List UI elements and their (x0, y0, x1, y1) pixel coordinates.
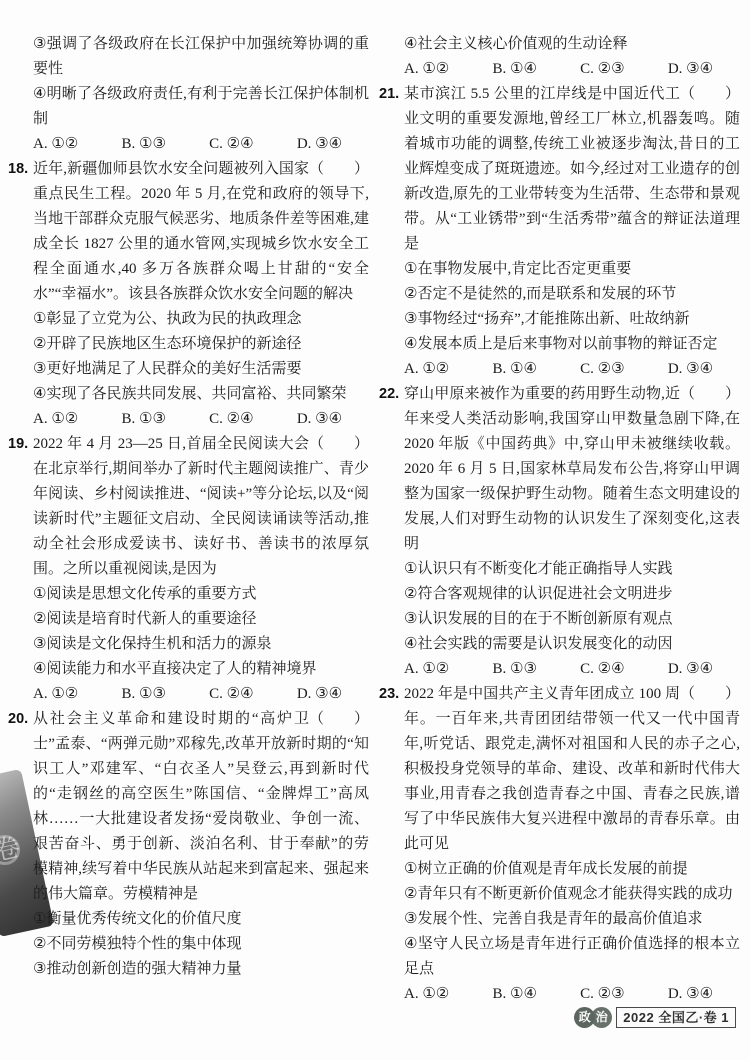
question-20: 20. （ ） 从社会主义革命和建设时期的“高炉卫士”孟泰、“两弹元勋”邓稼先,… (33, 707, 369, 982)
question-number: 19. (8, 432, 32, 457)
choice-b: B. ①④ (493, 982, 537, 1007)
question-stem: （ ） 近年,新疆伽师县饮水安全问题被列入国家重点民生工程。2020 年 5 月… (33, 157, 369, 307)
question-21: 21. （ ） 某市滨江 5.5 公里的江岸线是中国近代工业文明的重要发源地,曾… (404, 82, 740, 382)
option-4: ④坚守人民立场是青年进行正确价值选择的根本立足点 (404, 932, 740, 982)
option-3: ③阅读是文化保持生机和活力的源泉 (33, 632, 369, 657)
choice-a: A. ①② (33, 132, 78, 157)
choice-a: A. ①② (33, 407, 78, 432)
question-number: 23. (379, 682, 403, 707)
option-2: ②否定不是徒然的,而是联系和发展的环节 (404, 282, 740, 307)
option-4: ④实现了各民族共同发展、共同富裕、共同繁荣 (33, 382, 369, 407)
choice-d: D. ③④ (668, 57, 713, 82)
question-stem: （ ） 2022 年是中国共产主义青年团成立 100 周年。一百年来,共青团团结… (404, 682, 740, 857)
answer-paren: （ ） (309, 707, 369, 732)
subject-badge-char-1: 政 (574, 1007, 595, 1028)
choice-c: C. ②③ (580, 57, 624, 82)
choice-b: B. ①③ (493, 657, 537, 682)
option-3: ③认识发展的目的在于不断创新原有观点 (404, 607, 740, 632)
stem-text: 穿山甲原来被作为重要的药用野生动物,近年来受人类活动影响,我国穿山甲数量急剧下降… (404, 386, 740, 552)
answer-choices: A. ①② B. ①③ C. ②④ D. ③④ (33, 407, 342, 432)
option-2: ②不同劳模独特个性的集中体现 (33, 932, 369, 957)
choice-c: C. ②④ (209, 132, 253, 157)
question-stem: （ ） 穿山甲原来被作为重要的药用野生动物,近年来受人类活动影响,我国穿山甲数量… (404, 382, 740, 557)
option-1: ①在事物发展中,肯定比否定更重要 (404, 257, 740, 282)
page-footer: 政 治 2022 全国乙·卷 1 (574, 1004, 736, 1030)
question-stem: （ ） 从社会主义革命和建设时期的“高炉卫士”孟泰、“两弹元勋”邓稼先,改革开放… (33, 707, 369, 907)
answer-paren: （ ） (680, 82, 740, 107)
exam-page: 卷 ③强调了各级政府在长江保护中加强统筹协调的重要性 ④明晰了各级政府责任,有利… (0, 0, 750, 1060)
option-1: ①树立正确的价值观是青年成长发展的前提 (404, 857, 740, 882)
question-number: 21. (379, 82, 403, 107)
answer-paren: （ ） (309, 432, 369, 457)
edition-label: 2022 全国乙·卷 1 (616, 1007, 736, 1028)
question-22: 22. （ ） 穿山甲原来被作为重要的药用野生动物,近年来受人类活动影响,我国穿… (404, 382, 740, 682)
stem-text: 2022 年是中国共产主义青年团成立 100 周年。一百年来,共青团团结带领一代… (404, 686, 740, 852)
stem-text: 某市滨江 5.5 公里的江岸线是中国近代工业文明的重要发源地,曾经工厂林立,机器… (404, 86, 740, 252)
choice-b: B. ①④ (493, 357, 537, 382)
answer-choices: A. ①② B. ①④ C. ②③ D. ③④ (404, 57, 713, 82)
option-4: ④社会实践的需要是认识发展变化的动因 (404, 632, 740, 657)
choice-b: B. ①③ (122, 132, 166, 157)
choice-c: C. ②④ (209, 407, 253, 432)
answer-paren: （ ） (680, 682, 740, 707)
stem-text: 近年,新疆伽师县饮水安全问题被列入国家重点民生工程。2020 年 5 月,在党和… (33, 161, 369, 302)
option-3: ③发展个性、完善自我是青年的最高价值追求 (404, 907, 740, 932)
question-20-continuation: ④社会主义核心价值观的生动诠释 A. ①② B. ①④ C. ②③ D. ③④ (404, 32, 740, 82)
answer-paren: （ ） (309, 157, 369, 182)
question-17-continuation: ③强调了各级政府在长江保护中加强统筹协调的重要性 ④明晰了各级政府责任,有利于完… (33, 32, 369, 157)
answer-paren: （ ） (680, 382, 740, 407)
choice-c: C. ②④ (209, 682, 253, 707)
question-stem: （ ） 某市滨江 5.5 公里的江岸线是中国近代工业文明的重要发源地,曾经工厂林… (404, 82, 740, 257)
option-3: ③更好地满足了人民群众的美好生活需要 (33, 357, 369, 382)
answer-choices: A. ①② B. ①③ C. ②④ D. ③④ (33, 132, 342, 157)
answer-choices: A. ①② B. ①④ C. ②③ D. ③④ (404, 357, 713, 382)
question-number: 20. (8, 707, 32, 732)
choice-a: A. ①② (33, 682, 78, 707)
choice-a: A. ①② (404, 657, 449, 682)
question-number: 18. (8, 157, 32, 182)
option-3: ③强调了各级政府在长江保护中加强统筹协调的重要性 (33, 32, 369, 82)
stem-text: 2022 年 4 月 23—25 日,首届全民阅读大会在北京举行,期间举办了新时… (33, 436, 369, 577)
choice-d: D. ③④ (297, 132, 342, 157)
option-2: ②阅读是培育时代新人的重要途径 (33, 607, 369, 632)
choice-a: A. ①② (404, 57, 449, 82)
choice-b: B. ①③ (122, 407, 166, 432)
left-column: ③强调了各级政府在长江保护中加强统筹协调的重要性 ④明晰了各级政府责任,有利于完… (8, 32, 369, 1007)
answer-choices: A. ①② B. ①③ C. ②④ D. ③④ (404, 657, 713, 682)
stem-text: 从社会主义革命和建设时期的“高炉卫士”孟泰、“两弹元勋”邓稼先,改革开放新时期的… (33, 711, 369, 902)
choice-d: D. ③④ (668, 357, 713, 382)
choice-d: D. ③④ (668, 657, 713, 682)
option-3: ③推动创新创造的强大精神力量 (33, 957, 369, 982)
question-18: 18. （ ） 近年,新疆伽师县饮水安全问题被列入国家重点民生工程。2020 年… (33, 157, 369, 432)
option-1: ①认识只有不断变化才能正确指导人实践 (404, 557, 740, 582)
answer-choices: A. ①② B. ①③ C. ②④ D. ③④ (33, 682, 342, 707)
choice-d: D. ③④ (297, 682, 342, 707)
question-number: 22. (379, 382, 403, 407)
choice-a: A. ①② (404, 982, 449, 1007)
question-23: 23. （ ） 2022 年是中国共产主义青年团成立 100 周年。一百年来,共… (404, 682, 740, 1007)
option-4: ④明晰了各级政府责任,有利于完善长江保护体制机制 (33, 82, 369, 132)
option-4: ④阅读能力和水平直接决定了人的精神境界 (33, 657, 369, 682)
option-4: ④社会主义核心价值观的生动诠释 (404, 32, 740, 57)
option-1: ①衡量优秀传统文化的价值尺度 (33, 907, 369, 932)
option-1: ①彰显了立党为公、执政为民的执政理念 (33, 307, 369, 332)
option-3: ③事物经过“扬弃”,才能推陈出新、吐故纳新 (404, 307, 740, 332)
right-column: ④社会主义核心价值观的生动诠释 A. ①② B. ①④ C. ②③ D. ③④ … (379, 32, 740, 1007)
option-2: ②符合客观规律的认识促进社会文明进步 (404, 582, 740, 607)
choice-c: C. ②③ (580, 357, 624, 382)
choice-c: C. ②④ (580, 657, 624, 682)
two-column-layout: ③强调了各级政府在长江保护中加强统筹协调的重要性 ④明晰了各级政府责任,有利于完… (0, 0, 750, 1007)
option-2: ②开辟了民族地区生态环境保护的新途径 (33, 332, 369, 357)
choice-d: D. ③④ (297, 407, 342, 432)
choice-b: B. ①④ (493, 57, 537, 82)
option-2: ②青年只有不断更新价值观念才能获得实践的成功 (404, 882, 740, 907)
option-1: ①阅读是思想文化传承的重要方式 (33, 582, 369, 607)
question-19: 19. （ ） 2022 年 4 月 23—25 日,首届全民阅读大会在北京举行… (33, 432, 369, 707)
question-stem: （ ） 2022 年 4 月 23—25 日,首届全民阅读大会在北京举行,期间举… (33, 432, 369, 582)
option-4: ④发展本质上是后来事物对以前事物的辩证否定 (404, 332, 740, 357)
choice-a: A. ①② (404, 357, 449, 382)
choice-b: B. ①③ (122, 682, 166, 707)
